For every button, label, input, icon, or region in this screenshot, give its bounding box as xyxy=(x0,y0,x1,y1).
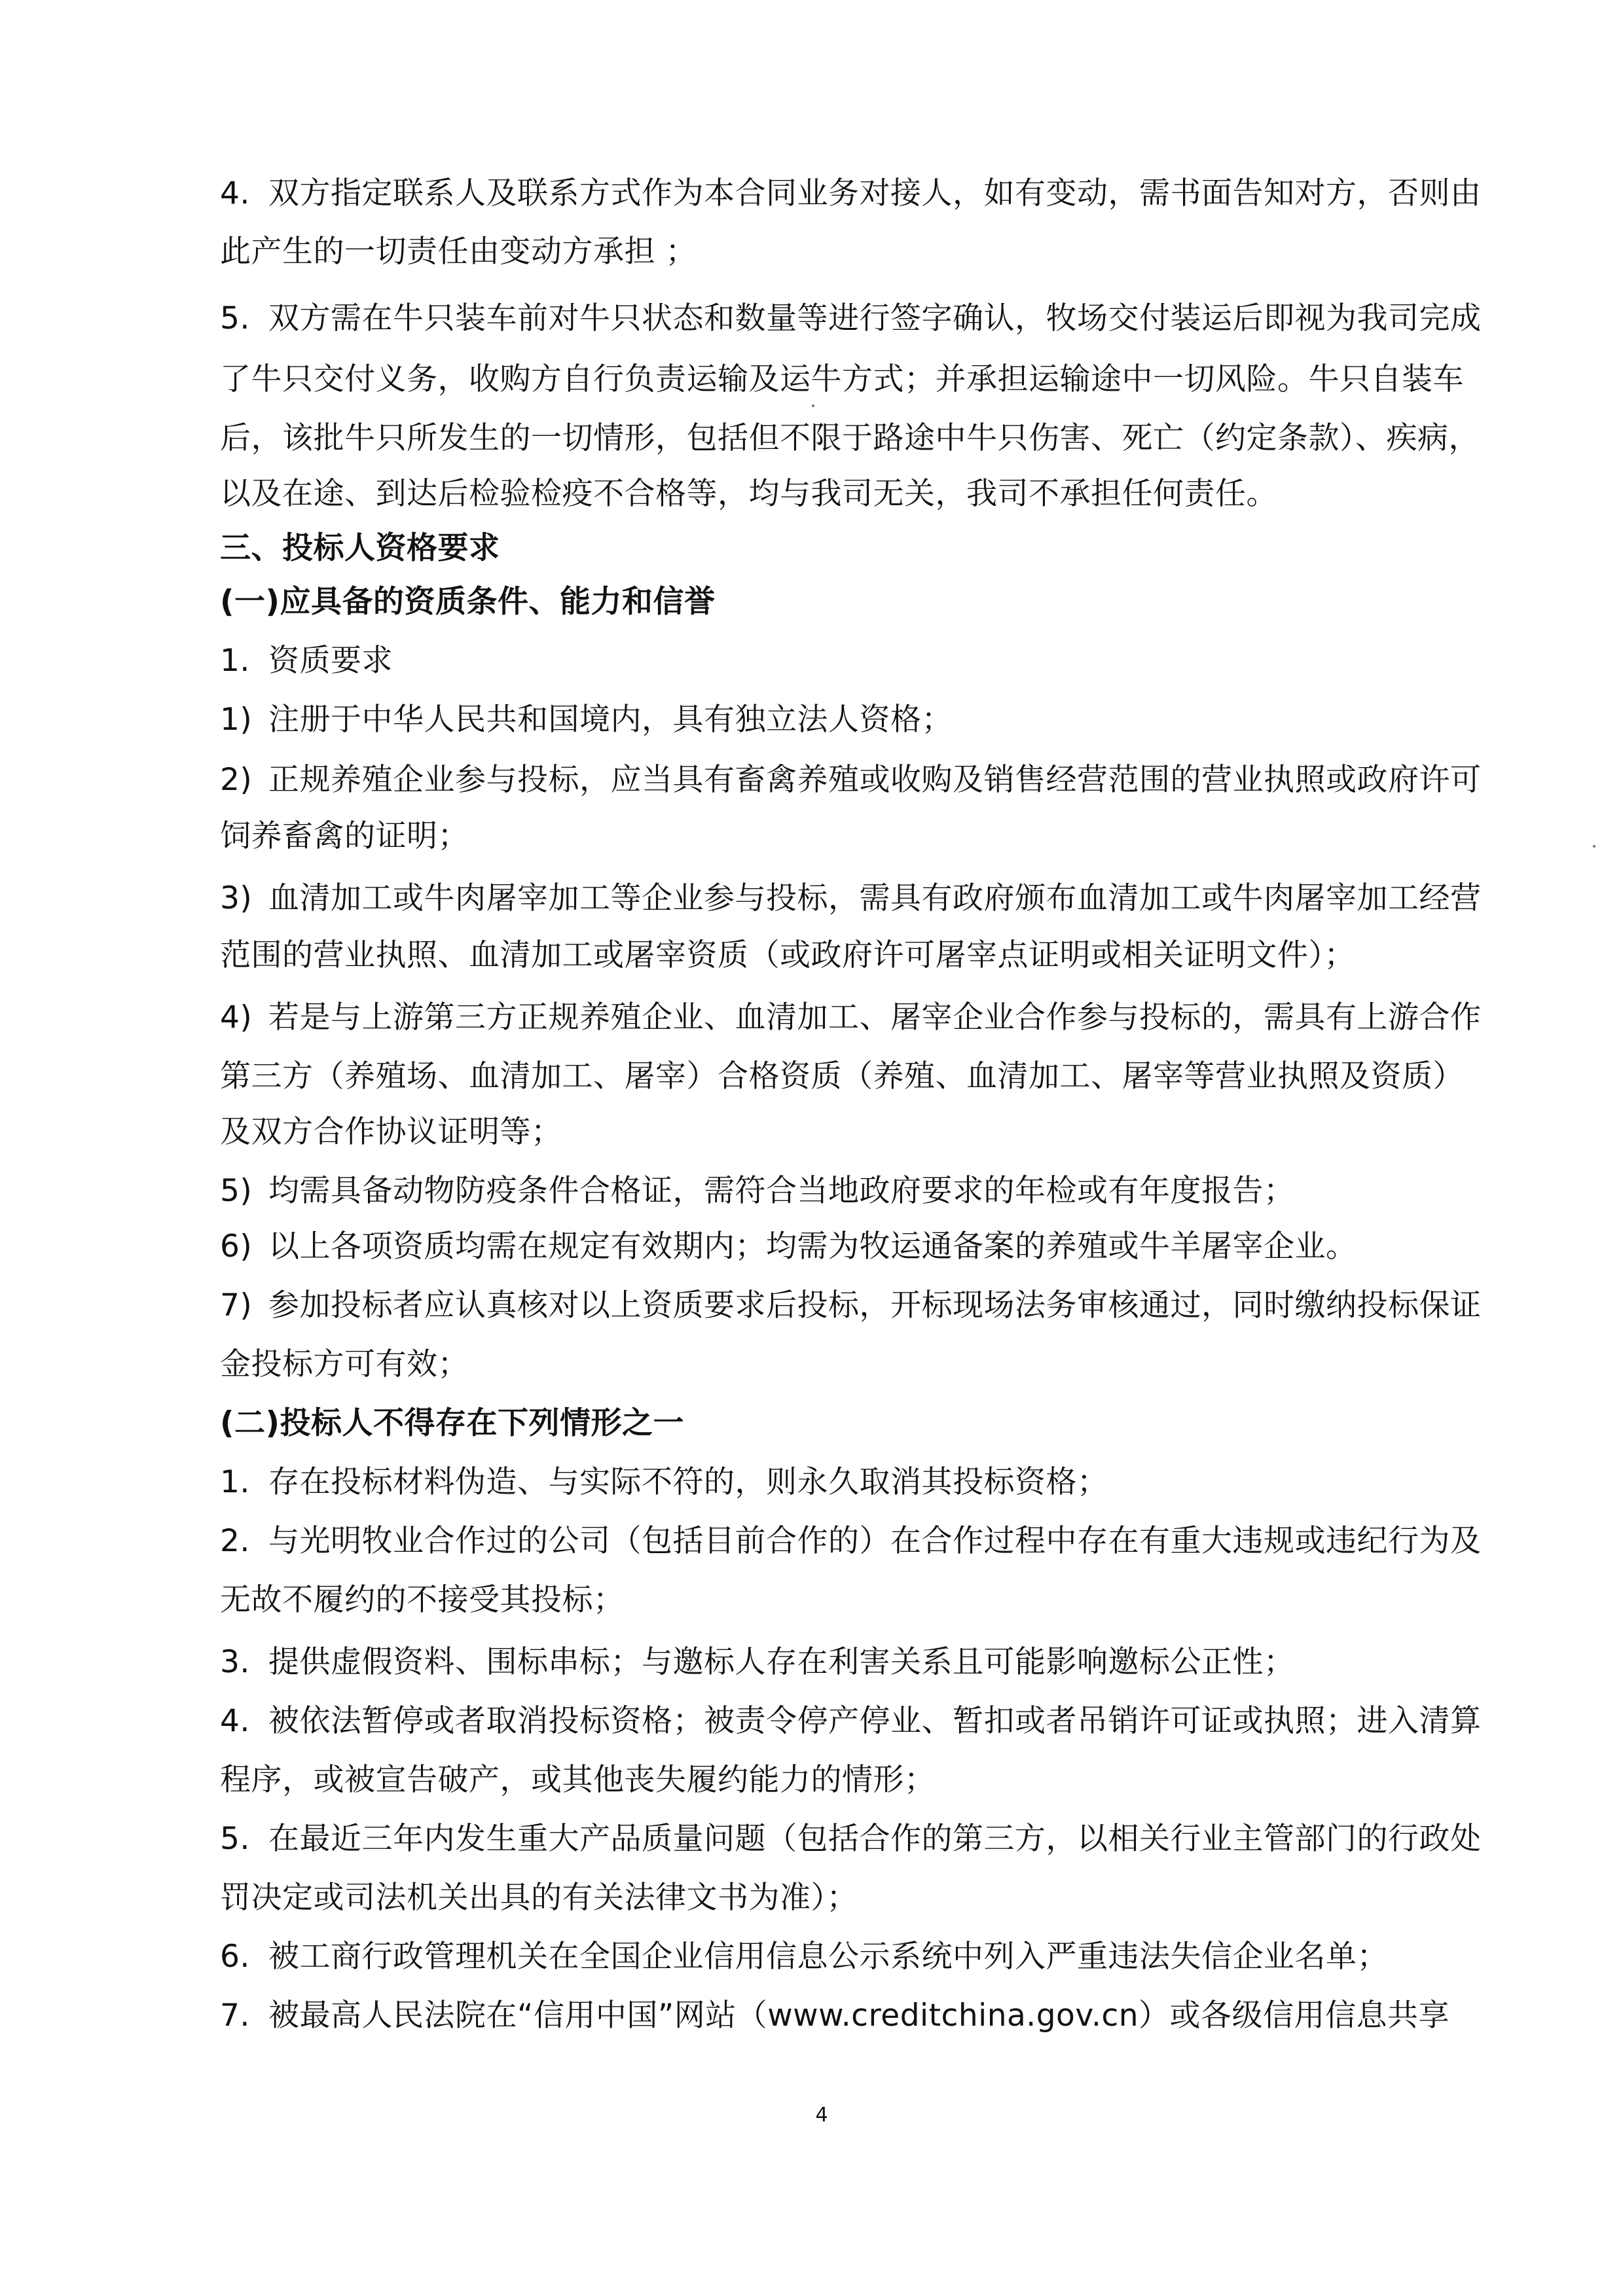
list-number: 1. xyxy=(220,1463,268,1502)
line-text: 被依法暂停或者取消投标资格；被责令停产停业、暂扣或者吊销许可证或执照；进入清算 xyxy=(268,1703,1482,1739)
exclusion-4-line-1: 4.被依法暂停或者取消投标资格；被责令停产停业、暂扣或者吊销许可证或执照；进入清… xyxy=(220,1702,1398,1741)
line-text: 后，该批牛只所发生的一切情形，包括但不限于路途中牛只伤害、死亡（约定条款）、疾病… xyxy=(220,420,1480,456)
heading-text: 三、投标人资格要求 xyxy=(220,530,500,566)
line-text: 正规养殖企业参与投标，应当具有畜禽养殖或收购及销售经营范围的营业执照或政府许可 xyxy=(268,762,1482,798)
line-text: 了牛只交付义务，收购方自行负责运输及运牛方式；并承担运输途中一切风险。牛只自装车 xyxy=(220,361,1464,397)
line-text: 无故不履约的不接受其投标； xyxy=(220,1582,625,1618)
list-number: 2. xyxy=(220,1522,268,1561)
list-number: 2) xyxy=(220,761,268,800)
qualification-heading: 1.资质要求 xyxy=(220,641,1398,681)
line-text: 注册于中华人民共和国境内，具有独立法人资格； xyxy=(268,702,953,738)
requirement-4-line-2: 第三方（养殖场、血清加工、屠宰）合格资质（养殖、血清加工、屠宰等营业执照及资质） xyxy=(220,1057,1398,1096)
requirement-3-line-1: 3)血清加工或牛肉屠宰加工等企业参与投标，需具有政府颁布血清加工或牛肉屠宰加工经… xyxy=(220,879,1398,918)
line-text: 金投标方可有效； xyxy=(220,1346,469,1382)
exclusion-2-line-2: 无故不履约的不接受其投标； xyxy=(220,1581,1398,1620)
requirement-5: 5)均需具备动物防疫条件合格证，需符合当地政府要求的年检或有年度报告； xyxy=(220,1172,1398,1211)
exclusion-5-line-1: 5.在最近三年内发生重大产品质量问题（包括合作的第三方，以相关行业主管部门的行政… xyxy=(220,1820,1398,1859)
list-number: 4) xyxy=(220,998,268,1037)
clause-4-line-2: 此产生的一切责任由变动方承担 ； xyxy=(220,232,1398,272)
requirement-4-line-1: 4)若是与上游第三方正规养殖企业、血清加工、屠宰企业合作参与投标的，需具有上游合… xyxy=(220,998,1398,1037)
list-number: 7. xyxy=(220,1996,268,2036)
requirement-4-line-3: 及双方合作协议证明等； xyxy=(220,1113,1398,1152)
line-text: 若是与上游第三方正规养殖企业、血清加工、屠宰企业合作参与投标的，需具有上游合作 xyxy=(268,999,1482,1035)
page-number: 4 xyxy=(812,2102,831,2128)
clause-5-line-3: 后，该批牛只所发生的一切情形，包括但不限于路途中牛只伤害、死亡（约定条款）、疾病… xyxy=(220,419,1398,458)
list-number: 6) xyxy=(220,1227,268,1266)
line-text: 及双方合作协议证明等； xyxy=(220,1114,562,1150)
line-text: 以及在途、到达后检验检疫不合格等，均与我司无关，我司不承担任何责任。 xyxy=(220,476,1277,512)
subsection-heading-1: (一)应具备的资质条件、能力和信誉 xyxy=(220,583,1398,622)
requirement-6: 6)以上各项资质均需在规定有效期内；均需为牧运通备案的养殖或牛羊屠宰企业。 xyxy=(220,1227,1398,1266)
line-text: 在最近三年内发生重大产品质量问题（包括合作的第三方，以相关行业主管部门的行政处 xyxy=(268,1821,1482,1857)
clause-5-line-2: 了牛只交付义务，收购方自行负责运输及运牛方式；并承担运输途中一切风险。牛只自装车 xyxy=(220,360,1398,399)
exclusion-7-line-1: 7.被最高人民法院在“信用中国”网站（www.creditchina.gov.c… xyxy=(220,1996,1398,2036)
line-text: 血清加工或牛肉屠宰加工等企业参与投标，需具有政府颁布血清加工或牛肉屠宰加工经营 xyxy=(268,880,1482,916)
clause-4-line-1: 4.双方指定联系人及联系方式作为本合同业务对接人，如有变动，需书面告知对方，否则… xyxy=(220,174,1398,213)
line-text: 资质要求 xyxy=(268,643,393,679)
line-text: 被最高人民法院在“信用中国”网站（www.creditchina.gov.cn）… xyxy=(268,1998,1450,2034)
line-text: 与光明牧业合作过的公司（包括目前合作的）在合作过程中存在有重大违规或违纪行为及 xyxy=(268,1523,1482,1559)
requirement-2-line-1: 2)正规养殖企业参与投标，应当具有畜禽养殖或收购及销售经营范围的营业执照或政府许… xyxy=(220,761,1398,800)
list-number: 6. xyxy=(220,1937,268,1977)
requirement-7-line-1: 7)参加投标者应认真核对以上资质要求后投标，开标现场法务审核通过，同时缴纳投标保… xyxy=(220,1286,1398,1325)
list-number: 3) xyxy=(220,879,268,918)
line-text: 此产生的一切责任由变动方承担 ； xyxy=(220,234,697,270)
line-text: 第三方（养殖场、血清加工、屠宰）合格资质（养殖、血清加工、屠宰等营业执照及资质） xyxy=(220,1058,1464,1094)
line-text: 均需具备动物防疫条件合格证，需符合当地政府要求的年检或有年度报告； xyxy=(268,1173,1295,1209)
list-number: 5) xyxy=(220,1172,268,1211)
line-text: 双方需在牛只装车前对牛只状态和数量等进行签字确认，牧场交付装运后即视为我司完成 xyxy=(268,300,1482,336)
line-text: 范围的营业执照、血清加工或屠宰资质（或政府许可屠宰点证明或相关证明文件）； xyxy=(220,937,1355,973)
scan-speck xyxy=(1593,845,1596,848)
list-number: 5. xyxy=(220,299,268,338)
list-number: 1) xyxy=(220,700,268,740)
document-page: 4.双方指定联系人及联系方式作为本合同业务对接人，如有变动，需书面告知对方，否则… xyxy=(0,0,1623,2296)
requirement-3-line-2: 范围的营业执照、血清加工或屠宰资质（或政府许可屠宰点证明或相关证明文件）； xyxy=(220,936,1398,975)
list-number: 5. xyxy=(220,1820,268,1859)
clause-5-line-1: 5.双方需在牛只装车前对牛只状态和数量等进行签字确认，牧场交付装运后即视为我司完… xyxy=(220,299,1398,338)
exclusion-2-line-1: 2.与光明牧业合作过的公司（包括目前合作的）在合作过程中存在有重大违规或违纪行为… xyxy=(220,1522,1398,1561)
subsection-heading-2: (二)投标人不得存在下列情形之一 xyxy=(220,1404,1398,1443)
line-text: 被工商行政管理机关在全国企业信用信息公示系统中列入严重违法失信企业名单； xyxy=(268,1939,1388,1975)
exclusion-6: 6.被工商行政管理机关在全国企业信用信息公示系统中列入严重违法失信企业名单； xyxy=(220,1937,1398,1977)
list-number: 7) xyxy=(220,1286,268,1325)
requirement-7-line-2: 金投标方可有效； xyxy=(220,1345,1398,1384)
requirement-2-line-2: 饲养畜禽的证明； xyxy=(220,817,1398,856)
line-text: 饲养畜禽的证明； xyxy=(220,818,469,854)
list-number: 1. xyxy=(220,641,268,681)
clause-5-line-4: 以及在途、到达后检验检疫不合格等，均与我司无关，我司不承担任何责任。 xyxy=(220,475,1398,514)
line-text: 参加投标者应认真核对以上资质要求后投标，开标现场法务审核通过，同时缴纳投标保证 xyxy=(268,1287,1482,1323)
line-text: 罚决定或司法机关出具的有关法律文书为准）； xyxy=(220,1880,858,1916)
requirement-1: 1)注册于中华人民共和国境内，具有独立法人资格； xyxy=(220,700,1398,740)
line-text: 存在投标材料伪造、与实际不符的，则永久取消其投标资格； xyxy=(268,1464,1108,1500)
list-number: 3. xyxy=(220,1643,268,1682)
line-text: 提供虚假资料、围标串标；与邀标人存在利害关系且可能影响邀标公正性； xyxy=(268,1644,1295,1680)
line-text: 以上各项资质均需在规定有效期内；均需为牧运通备案的养殖或牛羊屠宰企业。 xyxy=(268,1229,1357,1265)
exclusion-1: 1.存在投标材料伪造、与实际不符的，则永久取消其投标资格； xyxy=(220,1463,1398,1502)
exclusion-3: 3.提供虚假资料、围标串标；与邀标人存在利害关系且可能影响邀标公正性； xyxy=(220,1643,1398,1682)
list-number: 4. xyxy=(220,1702,268,1741)
exclusion-4-line-2: 程序，或被宣告破产，或其他丧失履约能力的情形； xyxy=(220,1761,1398,1800)
line-text: 程序，或被宣告破产，或其他丧失履约能力的情形； xyxy=(220,1762,936,1798)
list-number: 4. xyxy=(220,174,268,213)
section-heading-3: 三、投标人资格要求 xyxy=(220,529,1398,568)
exclusion-5-line-2: 罚决定或司法机关出具的有关法律文书为准）； xyxy=(220,1878,1398,1918)
heading-text: (二)投标人不得存在下列情形之一 xyxy=(220,1405,684,1441)
heading-text: (一)应具备的资质条件、能力和信誉 xyxy=(220,584,715,620)
line-text: 双方指定联系人及联系方式作为本合同业务对接人，如有变动，需书面告知对方，否则由 xyxy=(268,175,1482,211)
scan-speck xyxy=(812,404,814,407)
